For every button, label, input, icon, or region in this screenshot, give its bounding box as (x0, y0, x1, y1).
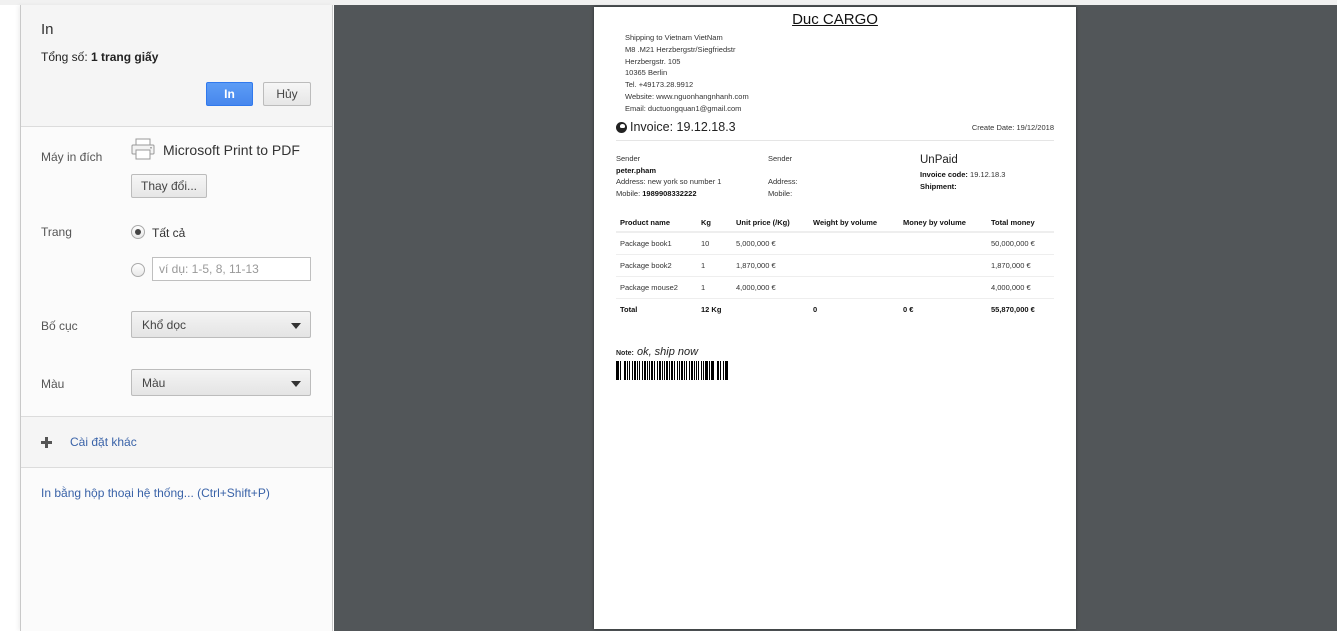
more-settings-link[interactable]: Cài đặt khác (70, 435, 137, 449)
color-select[interactable]: Màu (131, 369, 311, 396)
invoice-meta: Invoice code: 19.12.18.3 Shipment: (920, 169, 1005, 192)
pages-range-input[interactable] (152, 257, 311, 281)
table-cell: 55,870,000 € (987, 298, 1054, 320)
receiver-block: Sender Address: Mobile: (768, 153, 798, 199)
table-row: Package book2 1 1,870,000 € 1,870,000 € (616, 254, 1054, 276)
dialog-title: In (41, 21, 54, 38)
receiver-heading: Sender (768, 153, 798, 165)
address-line: 10365 Berlin (625, 67, 749, 79)
table-cell: 4,000,000 € (732, 276, 809, 298)
color-selected-value: Màu (142, 376, 165, 390)
sender-block: Sender peter.pham Address: new york so n… (616, 153, 721, 199)
chevron-down-icon (291, 381, 301, 387)
destination-label: Máy in đích (41, 150, 102, 164)
table-cell: 1,870,000 € (987, 254, 1054, 276)
table-cell: 50,000,000 € (987, 232, 1054, 254)
preview-page: Duc CARGO Shipping to Vietnam VietNam M8… (594, 7, 1076, 629)
table-cell (809, 232, 899, 254)
address-line: Email: ductuongquan1@gmail.com (625, 103, 749, 115)
invoice-code-value: 19.12.18.3 (968, 170, 1006, 179)
pages-range-radio[interactable] (131, 263, 145, 277)
barcode (616, 361, 728, 380)
table-cell (809, 254, 899, 276)
note-label: Note: (616, 350, 634, 357)
table-cell: 4,000,000 € (987, 276, 1054, 298)
pages-label: Trang (41, 225, 72, 239)
print-preview-window: In Tổng số: 1 trang giấy In Hủy Máy in đ… (0, 0, 1337, 631)
table-cell: Package book1 (616, 232, 697, 254)
table-cell (809, 276, 899, 298)
printer-name: Microsoft Print to PDF (163, 142, 300, 158)
print-button[interactable]: In (206, 82, 253, 106)
receiver-mobile: Mobile: (768, 188, 798, 200)
address-line: Website: www.nguonhangnhanh.com (625, 91, 749, 103)
invoice-title: Invoice: 19.12.18.3 (616, 120, 736, 134)
column-header: Money by volume (899, 213, 987, 232)
shipment-label: Shipment: (920, 182, 957, 191)
sender-heading: Sender (616, 153, 721, 165)
column-header: Kg (697, 213, 732, 232)
invoice-title-text: Invoice: 19.12.18.3 (630, 120, 736, 134)
left-gutter (0, 5, 20, 631)
layout-select[interactable]: Khổ dọc (131, 311, 311, 338)
print-settings-panel: In Tổng số: 1 trang giấy In Hủy Máy in đ… (20, 5, 333, 631)
table-header-row: Product name Kg Unit price (/Kg) Weight … (616, 213, 1054, 232)
table-cell: 1 (697, 254, 732, 276)
table-cell: 1,870,000 € (732, 254, 809, 276)
table-cell: Package book2 (616, 254, 697, 276)
company-name: Duc CARGO (594, 11, 1076, 28)
table-cell: Package mouse2 (616, 276, 697, 298)
receiver-address: Address: (768, 176, 798, 188)
pages-all-label[interactable]: Tất cả (152, 226, 185, 240)
print-preview-area: Duc CARGO Shipping to Vietnam VietNam M8… (334, 5, 1337, 631)
table-cell (899, 276, 987, 298)
table-cell: 12 Kg (697, 298, 732, 320)
table-cell: 10 (697, 232, 732, 254)
table-cell (899, 232, 987, 254)
cancel-button[interactable]: Hủy (263, 82, 311, 106)
globe-icon (616, 122, 627, 133)
table-row: Package mouse2 1 4,000,000 € 4,000,000 € (616, 276, 1054, 298)
system-dialog-link[interactable]: In bằng hộp thoại hệ thống... (Ctrl+Shif… (41, 486, 270, 500)
layout-selected-value: Khổ dọc (142, 318, 186, 332)
sender-address: Address: new york so number 1 (616, 176, 721, 188)
table-total-row: Total 12 Kg 0 0 € 55,870,000 € (616, 298, 1054, 320)
note-text: ok, ship now (634, 346, 698, 358)
invoice-code-label: Invoice code: (920, 170, 968, 179)
color-label: Màu (41, 377, 64, 391)
divider (616, 140, 1054, 141)
table-cell: Total (616, 298, 697, 320)
chevron-down-icon (291, 323, 301, 329)
address-line: Tel. +49173.28.9912 (625, 79, 749, 91)
invoice-note: Note: ok, ship now (616, 346, 698, 358)
table-cell: 1 (697, 276, 732, 298)
pages-all-radio[interactable] (131, 225, 145, 239)
column-header: Unit price (/Kg) (732, 213, 809, 232)
printer-icon (131, 138, 155, 160)
address-line: Herzbergstr. 105 (625, 56, 749, 68)
summary-value: 1 trang giấy (91, 50, 158, 64)
more-settings-section[interactable]: Cài đặt khác (21, 416, 332, 468)
address-line: Shipping to Vietnam VietNam (625, 32, 749, 44)
address-line: M8 .M21 Herzbergstr/Siegfriedstr (625, 44, 749, 56)
page-count-summary: Tổng số: 1 trang giấy (41, 50, 158, 64)
invoice-items-table: Product name Kg Unit price (/Kg) Weight … (616, 213, 1054, 320)
table-cell: 0 (809, 298, 899, 320)
company-address: Shipping to Vietnam VietNam M8 .M21 Herz… (625, 32, 749, 115)
column-header: Total money (987, 213, 1054, 232)
layout-label: Bố cục (41, 319, 78, 333)
sender-name: peter.pham (616, 166, 656, 175)
table-cell (732, 298, 809, 320)
table-cell (899, 254, 987, 276)
panel-header: In Tổng số: 1 trang giấy In Hủy (21, 5, 332, 127)
change-destination-button[interactable]: Thay đổi... (131, 174, 207, 198)
sender-mobile-label: Mobile: (616, 189, 642, 198)
column-header: Product name (616, 213, 697, 232)
summary-prefix: Tổng số: (41, 50, 91, 64)
sender-mobile-value: 1989908332222 (642, 189, 696, 198)
table-row: Package book1 10 5,000,000 € 50,000,000 … (616, 232, 1054, 254)
create-date: Create Date: 19/12/2018 (972, 123, 1054, 132)
payment-status: UnPaid (920, 154, 958, 166)
table-cell: 5,000,000 € (732, 232, 809, 254)
column-header: Weight by volume (809, 213, 899, 232)
plus-icon[interactable] (41, 437, 52, 448)
table-cell: 0 € (899, 298, 987, 320)
